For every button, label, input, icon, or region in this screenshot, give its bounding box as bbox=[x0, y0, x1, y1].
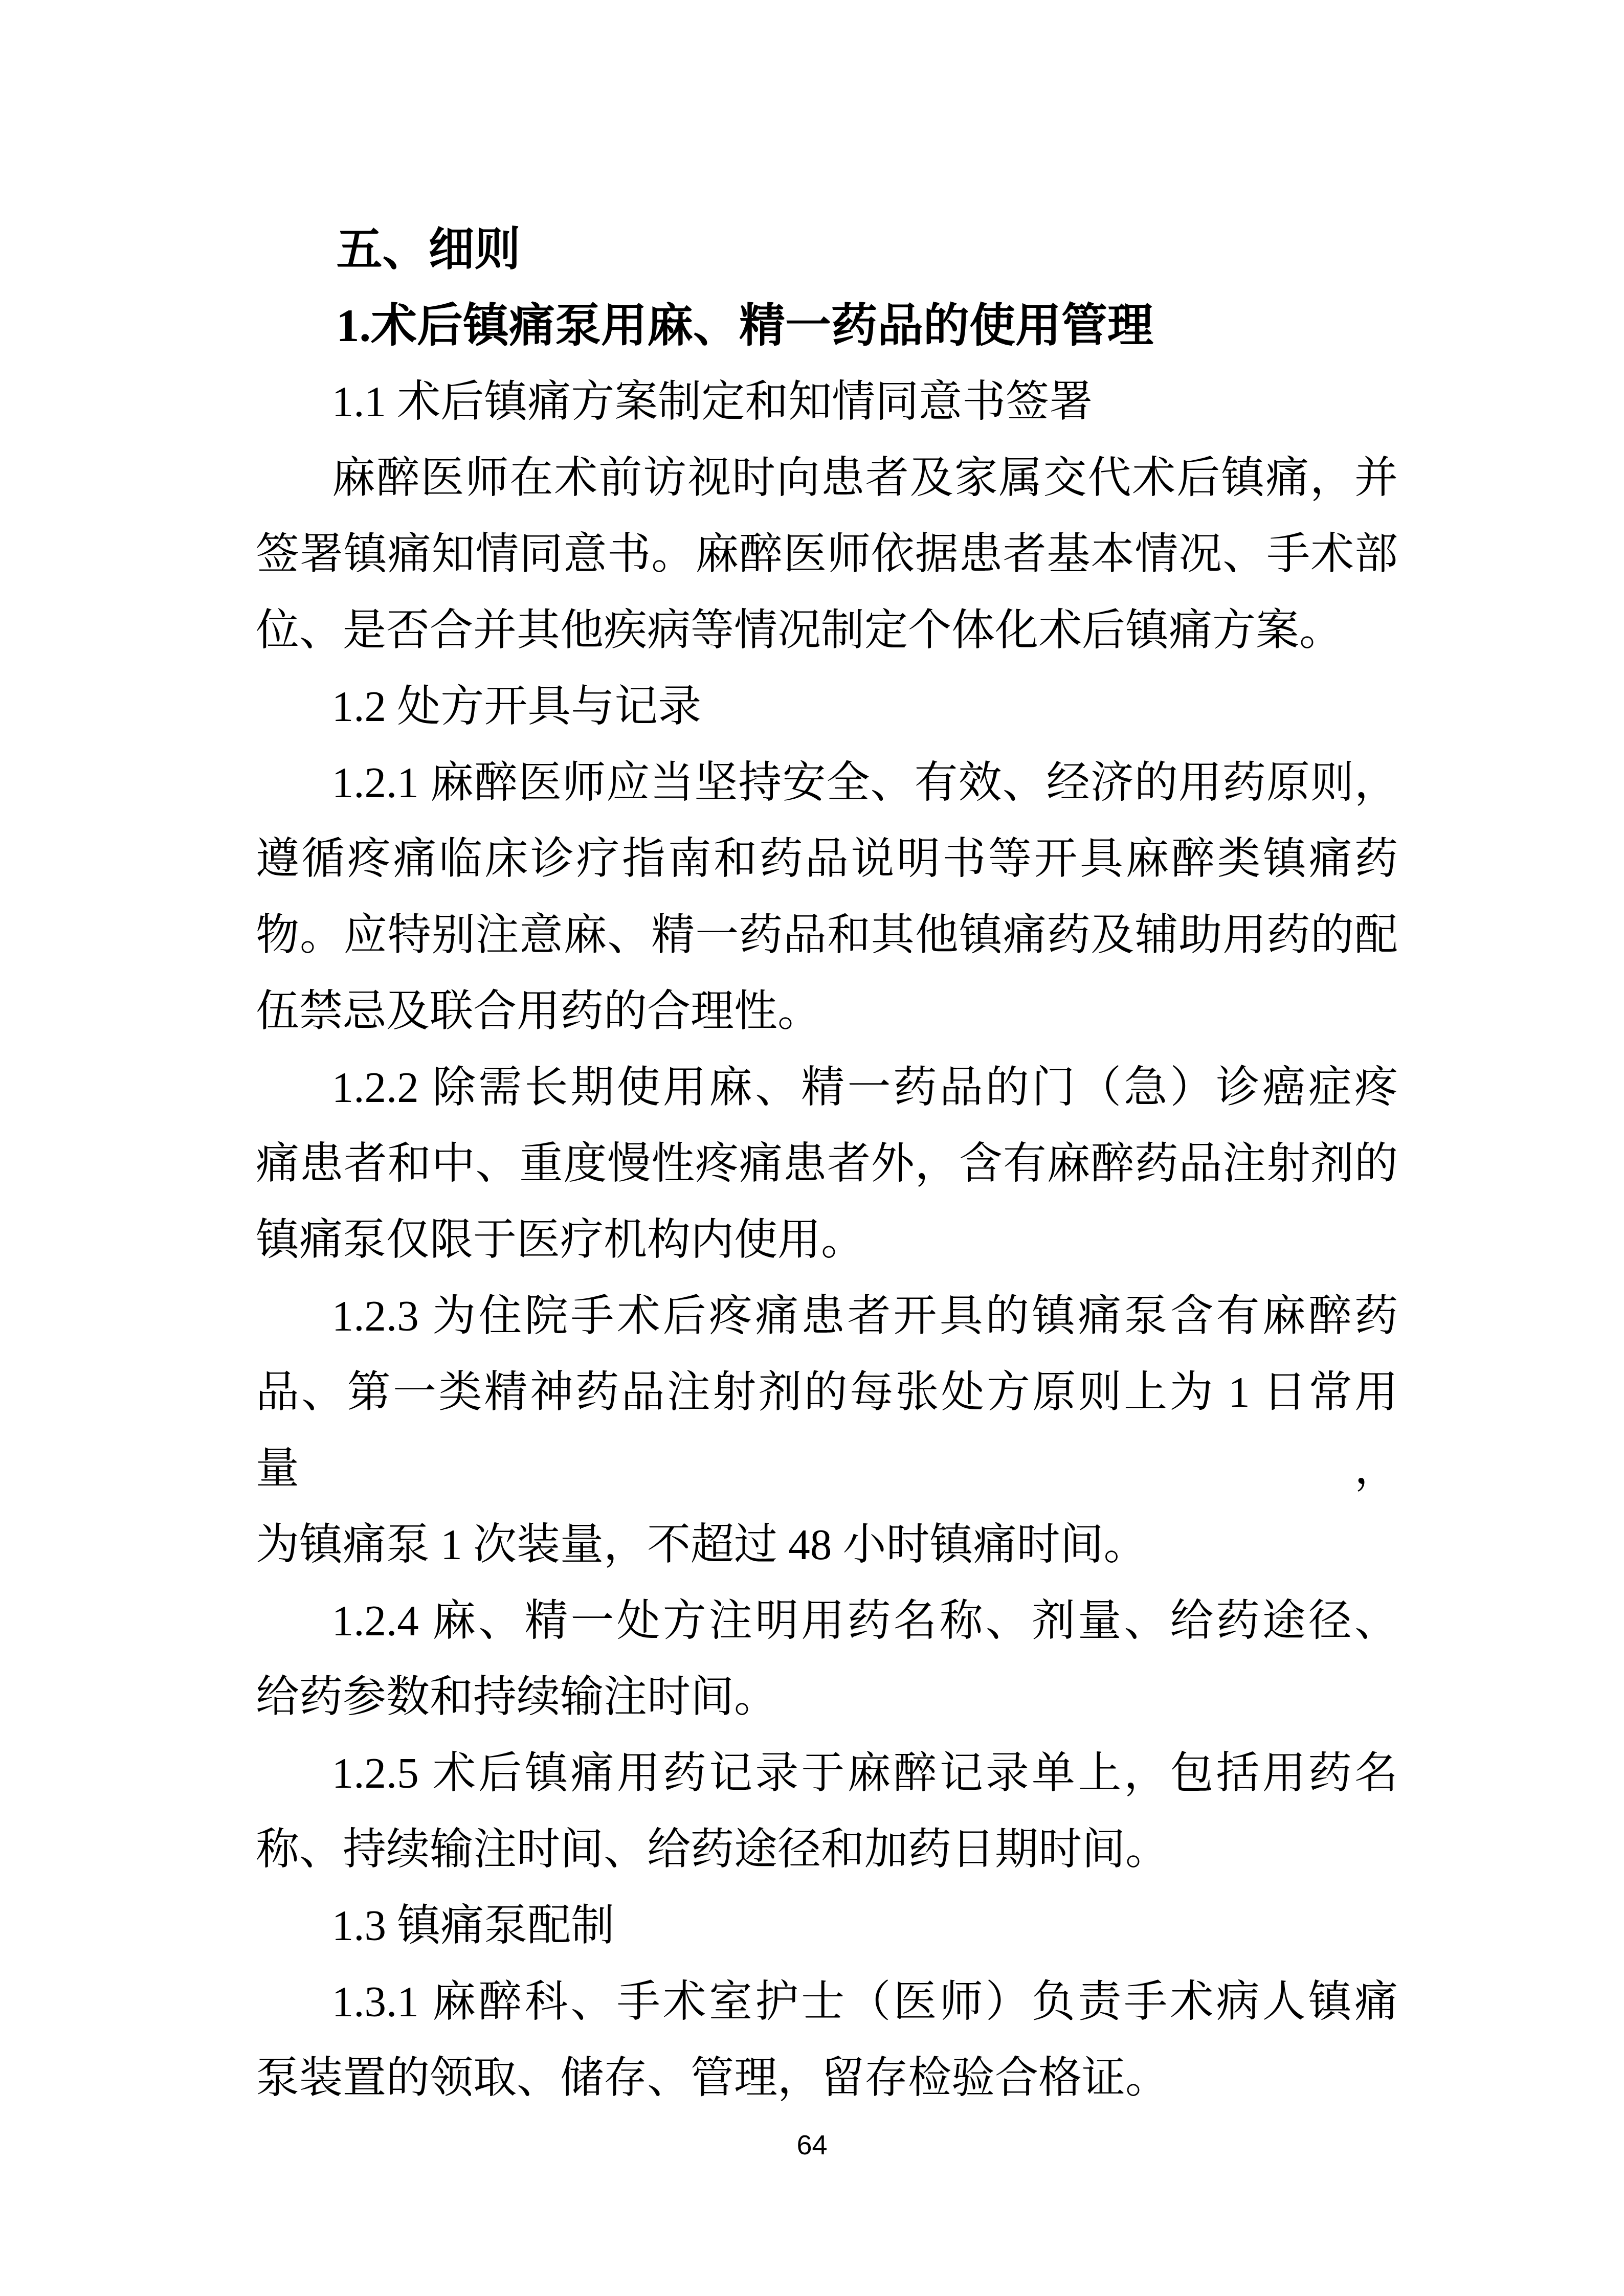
text-line: 伍禁忌及联合用药的合理性。 bbox=[256, 974, 1398, 1050]
text-line: 物。应特别注意麻、精一药品和其他镇痛药及辅助用药的配 bbox=[256, 897, 1398, 974]
page-number: 64 bbox=[796, 2130, 827, 2160]
para-1-2-1: 1.2.1 麻醉医师应当坚持安全、有效、经济的用药原则，遵循疼痛临床诊疗指南和药… bbox=[256, 745, 1398, 1050]
para-1-2-5: 1.2.5 术后镇痛用药记录于麻醉记录单上，包括用药名称、持续输注时间、给药途径… bbox=[256, 1736, 1398, 1888]
text-line: 镇痛泵仅限于医疗机构内使用。 bbox=[256, 1202, 1398, 1278]
para-1-1-body: 麻醉医师在术前访视时向患者及家属交代术后镇痛，并签署镇痛知情同意书。麻醉医师依据… bbox=[256, 440, 1398, 669]
text-line: 痛患者和中、重度慢性疼痛患者外，含有麻醉药品注射剂的 bbox=[256, 1126, 1398, 1202]
text-line: 1.1 术后镇痛方案制定和知情同意书签署 bbox=[256, 364, 1398, 440]
para-1-2-2: 1.2.2 除需长期使用麻、精一药品的门（急）诊癌症疼痛患者和中、重度慢性疼痛患… bbox=[256, 1050, 1398, 1278]
text-line: 1.2.3 为住院手术后疼痛患者开具的镇痛泵含有麻醉药 bbox=[256, 1278, 1398, 1355]
text-line: 1.2.4 麻、精一处方注明用药名称、剂量、给药途径、 bbox=[256, 1583, 1398, 1659]
text-line: 给药参数和持续输注时间。 bbox=[256, 1659, 1398, 1736]
document-page: 五、细则1.术后镇痛泵用麻、精一药品的使用管理1.1 术后镇痛方案制定和知情同意… bbox=[0, 0, 1624, 2296]
para-1-2-3: 1.2.3 为住院手术后疼痛患者开具的镇痛泵含有麻醉药品、第一类精神药品注射剂的… bbox=[256, 1278, 1398, 1583]
section-heading: 五、细则 bbox=[256, 212, 1398, 288]
text-line: 1.2.2 除需长期使用麻、精一药品的门（急）诊癌症疼 bbox=[256, 1050, 1398, 1126]
text-line: 五、细则 bbox=[256, 212, 1398, 288]
heading-1-3: 1.3 镇痛泵配制 bbox=[256, 1888, 1398, 1964]
text-line: 遵循疼痛临床诊疗指南和药品说明书等开具麻醉类镇痛药 bbox=[256, 821, 1398, 897]
text-line: 1.3.1 麻醉科、手术室护士（医师）负责手术病人镇痛 bbox=[256, 1964, 1398, 2040]
chapter-heading: 1.术后镇痛泵用麻、精一药品的使用管理 bbox=[256, 288, 1398, 364]
text-line: 1.2.1 麻醉医师应当坚持安全、有效、经济的用药原则， bbox=[256, 745, 1398, 821]
text-line: 位、是否合并其他疾病等情况制定个体化术后镇痛方案。 bbox=[256, 593, 1398, 669]
para-1-3-1: 1.3.1 麻醉科、手术室护士（医师）负责手术病人镇痛泵装置的领取、储存、管理，… bbox=[256, 1964, 1398, 2117]
text-line: 1.2.5 术后镇痛用药记录于麻醉记录单上，包括用药名 bbox=[256, 1736, 1398, 1812]
text-line: 1.术后镇痛泵用麻、精一药品的使用管理 bbox=[256, 288, 1398, 364]
text-line: 泵装置的领取、储存、管理，留存检验合格证。 bbox=[256, 2040, 1398, 2117]
text-line: 品、第一类精神药品注射剂的每张处方原则上为 1 日常用量， bbox=[256, 1355, 1398, 1507]
page-footer: 64 bbox=[0, 2130, 1624, 2160]
document-body: 五、细则1.术后镇痛泵用麻、精一药品的使用管理1.1 术后镇痛方案制定和知情同意… bbox=[256, 212, 1398, 2117]
text-line: 1.2 处方开具与记录 bbox=[256, 669, 1398, 745]
text-line: 为镇痛泵 1 次装量，不超过 48 小时镇痛时间。 bbox=[256, 1507, 1398, 1583]
text-line: 称、持续输注时间、给药途径和加药日期时间。 bbox=[256, 1812, 1398, 1888]
text-line: 签署镇痛知情同意书。麻醉医师依据患者基本情况、手术部 bbox=[256, 516, 1398, 593]
heading-1-1: 1.1 术后镇痛方案制定和知情同意书签署 bbox=[256, 364, 1398, 440]
text-line: 麻醉医师在术前访视时向患者及家属交代术后镇痛，并 bbox=[256, 440, 1398, 516]
heading-1-2: 1.2 处方开具与记录 bbox=[256, 669, 1398, 745]
para-1-2-4: 1.2.4 麻、精一处方注明用药名称、剂量、给药途径、给药参数和持续输注时间。 bbox=[256, 1583, 1398, 1736]
text-line: 1.3 镇痛泵配制 bbox=[256, 1888, 1398, 1964]
